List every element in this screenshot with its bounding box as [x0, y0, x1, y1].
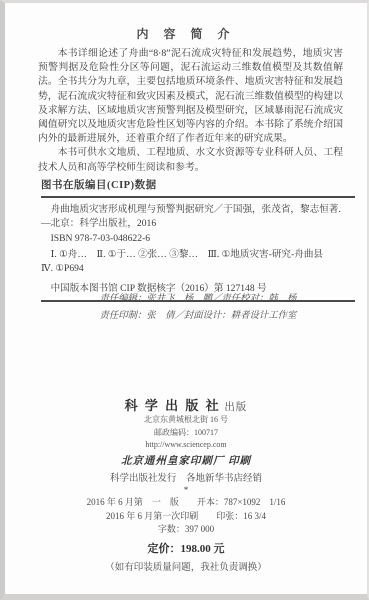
- cip-block: 图书在版编目(CIP)数据 舟曲地质灾害形成机理与预警判据研究／于国强，张茂省，…: [41, 177, 355, 302]
- publisher-logotype: 科 学 出 版 社: [125, 398, 221, 413]
- credits-line1: 责任编辑：张井飞 杨 鹏／责任校对：韩 杨: [41, 291, 355, 308]
- printer-name: 北京通州皇家印刷厂: [121, 456, 225, 467]
- publisher-website: http://www.sciencep.com: [5, 439, 367, 451]
- credits-line2: 责任印制：张 倩／封面设计：耕者设计工作室: [41, 308, 355, 325]
- summary-body: 本书详细论述了舟曲“8·8”泥石流成灾特征和发展趋势，地质灾害预警判据及危险性分…: [38, 47, 343, 175]
- cip-class-line2: Ⅳ. ①P694: [41, 262, 355, 276]
- printing-sheets-line: 2016 年 6 月第一次印刷 印张：16 3/4: [5, 510, 367, 524]
- publisher-address: 北京东黄城根北街 16 号: [5, 414, 367, 427]
- cip-class-line1: Ⅰ. ①舟… Ⅱ. ①于… ②张… ③黎… Ⅲ. ①地质灾害-研究-舟曲县: [41, 248, 355, 262]
- divider-asterisk: *: [5, 484, 367, 496]
- quality-notice: （如有印装质量问题，我社负责调换）: [5, 559, 367, 573]
- cip-isbn: ISBN 978-7-03-048622-6: [41, 233, 355, 244]
- edition-format-line: 2016 年 6 月第 一 版 开本：787×1092 1/16: [5, 496, 367, 510]
- publisher-postcode: 邮政编码：100717: [5, 427, 367, 440]
- publisher-suffix: 出版: [221, 402, 248, 413]
- imprint-block: 科 学 出 版 社 出版 北京东黄城根北街 16 号 邮政编码：100717 h…: [5, 395, 367, 573]
- summary-paragraph-1: 本书详细论述了舟曲“8·8”泥石流成灾特征和发展趋势，地质灾害预警判据及危险性分…: [38, 47, 343, 146]
- credits-block: 责任编辑：张井飞 杨 鹏／责任校对：韩 杨 责任印制：张 倩／封面设计：耕者设计…: [41, 291, 355, 324]
- summary-paragraph-2: 本书可供水文地质、工程地质、水文水资源等专业科研人员、工程技术人员和高等学校师生…: [38, 146, 343, 174]
- cip-entry-line1: 舟曲地质灾害形成机理与预警判据研究／于国强，张茂省，黎志恒著.: [41, 203, 355, 217]
- cip-header-rule: [41, 196, 355, 198]
- printer-line: 北京通州皇家印刷厂 印刷: [5, 453, 367, 468]
- copyright-page: 内 容 简 介 本书详细论述了舟曲“8·8”泥石流成灾特征和发展趋势，地质灾害预…: [0, 0, 369, 600]
- cip-entry-line2: —北京：科学出版社，2016: [41, 217, 355, 231]
- word-count-line: 字数：397 000: [5, 523, 367, 537]
- cip-classification: Ⅰ. ①舟… Ⅱ. ①于… ②张… ③黎… Ⅲ. ①地质灾害-研究-舟曲县 Ⅳ.…: [41, 248, 355, 275]
- cip-header: 图书在版编目(CIP)数据: [41, 177, 355, 192]
- distribution-line: 科学出版社发行 各地新华书店经销: [5, 470, 367, 484]
- summary-title: 内 容 简 介: [5, 25, 367, 42]
- printer-suffix: 印刷: [224, 456, 251, 467]
- price-line: 定价：198.00 元: [5, 540, 367, 556]
- cip-entry: 舟曲地质灾害形成机理与预警判据研究／于国强，张茂省，黎志恒著. —北京：科学出版…: [41, 203, 355, 230]
- publisher-line: 科 学 出 版 社 出版: [5, 395, 367, 414]
